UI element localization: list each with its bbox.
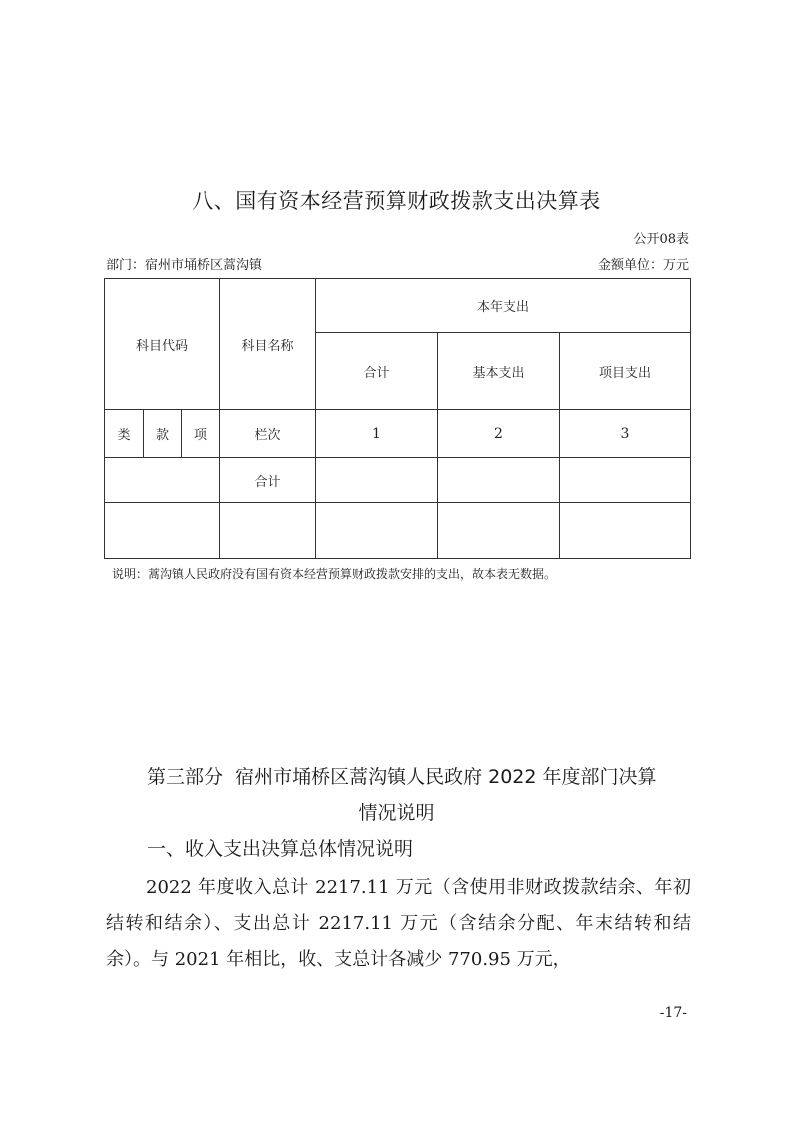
cell-project	[560, 458, 691, 503]
header-subject-code: 科目代码	[105, 279, 220, 410]
header-subject-name: 科目名称	[220, 279, 316, 410]
header-basic-expenditure: 基本支出	[438, 333, 560, 410]
cell-basic	[438, 458, 560, 503]
cell-basic	[438, 503, 560, 559]
header-current-year-expenditure: 本年支出	[316, 279, 691, 333]
part-three-title-line1: 第三部分 宿州市埇桥区蒿沟镇人民政府 2022 年度部门决算	[147, 762, 657, 789]
page-number: -17-	[660, 1005, 687, 1021]
header-column-index: 栏次	[220, 410, 316, 458]
cell-code	[105, 458, 220, 503]
table-row: 合计	[105, 458, 691, 503]
header-item: 项	[182, 410, 220, 458]
form-number: 公开08表	[633, 228, 689, 247]
part-three-title-line2: 情况说明	[0, 798, 793, 825]
table-note: 说明：蒿沟镇人民政府没有国有资本经营预算财政拨款安排的支出，故本表无数据。	[112, 565, 556, 582]
cell-total	[316, 458, 438, 503]
header-total: 合计	[316, 333, 438, 410]
expenditure-table: 科目代码 科目名称 本年支出 合计 基本支出 项目支出 类 款 项 栏次 1 2…	[104, 278, 691, 559]
cell-code	[105, 503, 220, 559]
unit-label: 金额单位：万元	[598, 254, 689, 273]
section-one-title: 一、收入支出决算总体情况说明	[147, 834, 413, 861]
cell-name	[220, 503, 316, 559]
header-section: 款	[144, 410, 182, 458]
table-title: 八、国有资本经营预算财政拨款支出决算表	[0, 185, 793, 215]
cell-name: 合计	[220, 458, 316, 503]
cell-total	[316, 503, 438, 559]
body-paragraph: 2022 年度收入总计 2217.11 万元（含使用非财政拨款结余、年初结转和结…	[106, 870, 691, 978]
column-number-1: 1	[316, 410, 438, 458]
column-number-2: 2	[438, 410, 560, 458]
table-row	[105, 503, 691, 559]
department-label: 部门：宿州市埇桥区蒿沟镇	[106, 254, 262, 273]
header-category: 类	[105, 410, 144, 458]
cell-project	[560, 503, 691, 559]
column-number-3: 3	[560, 410, 691, 458]
header-project-expenditure: 项目支出	[560, 333, 691, 410]
